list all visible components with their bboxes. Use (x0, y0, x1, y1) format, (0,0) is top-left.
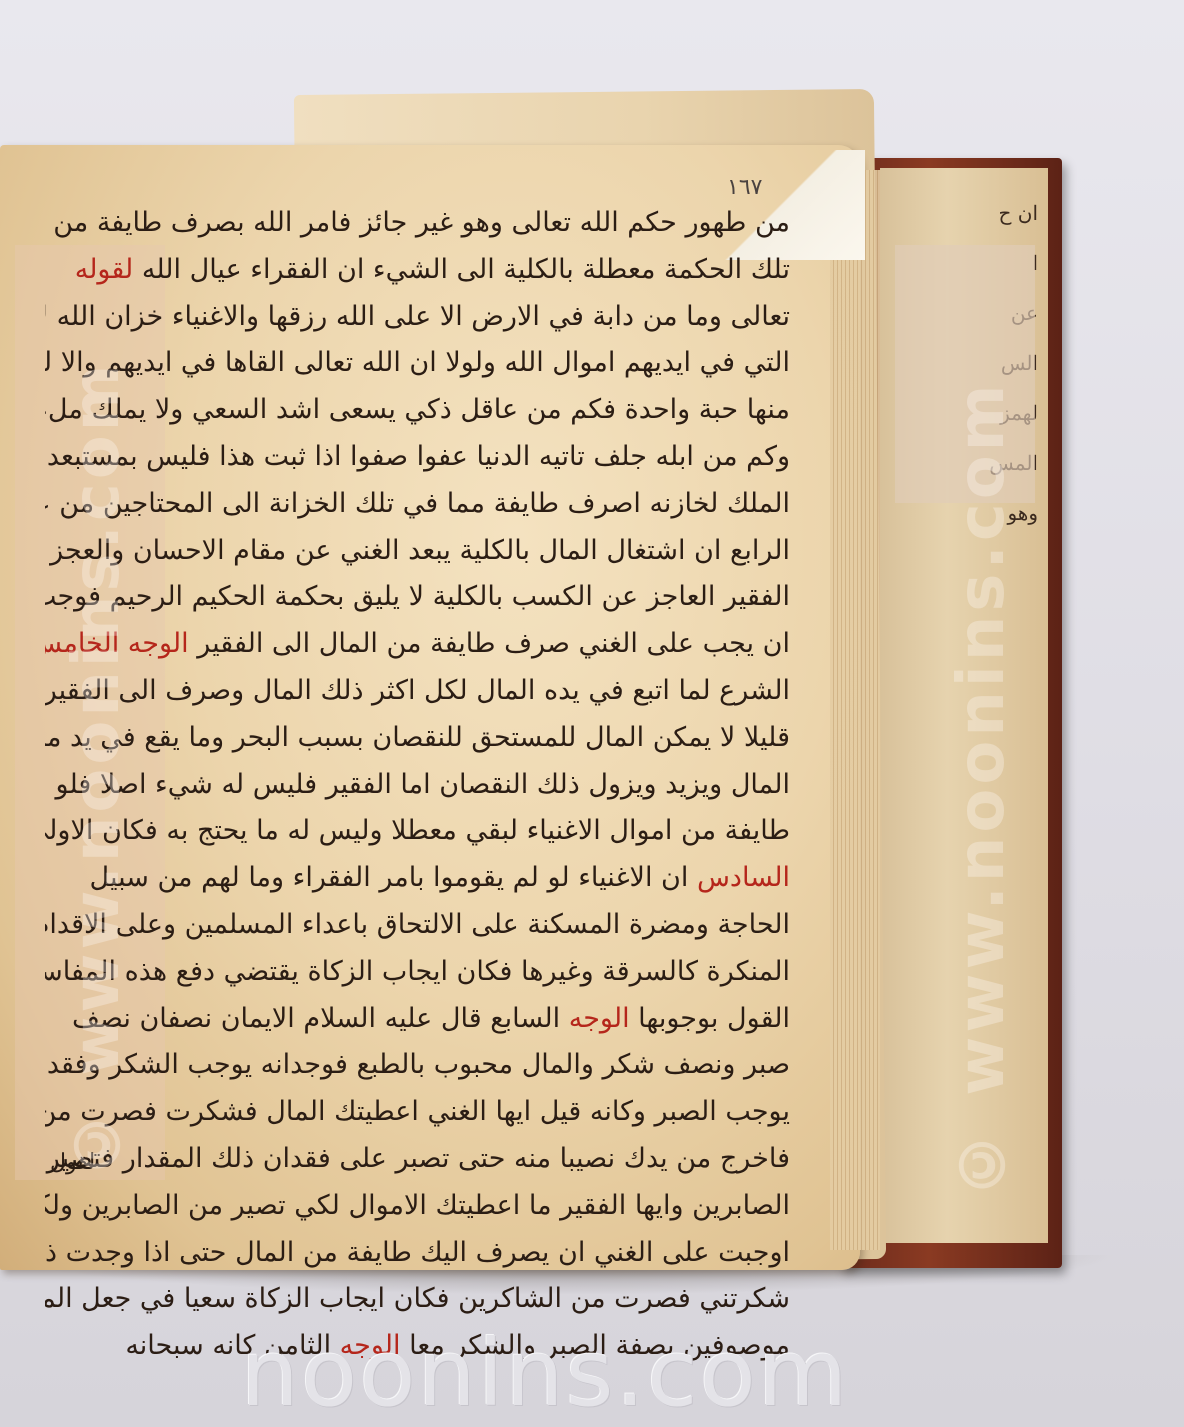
text-line: ان يجب على الغني صرف طايفة من المال الى … (45, 621, 790, 668)
text-line: فاخرج من يدك نصيبا منه حتى تصبر على فقدا… (45, 1136, 790, 1183)
text-line: الشرع لما اتبع في يده المال لكل اكثر ذلك… (45, 668, 790, 715)
text-line: قليلا لا يمكن المال للمستحق للنقصان بسبب… (45, 715, 790, 762)
text-line: منها حبة واحدة فكم من عاقل ذكي يسعى اشد … (45, 387, 790, 434)
watermark-right: © www.noonins.com (945, 250, 1019, 1200)
text-line: الملك لخازنه اصرف طايفة مما في تلك الخزا… (45, 481, 790, 528)
text-line: من طهور حكم الله تعالى وهو غير جائز فامر… (45, 200, 790, 247)
text-line: الصابرين وايها الفقير ما اعطيتك الاموال … (45, 1183, 790, 1230)
text-line: الرابع ان اشتغال المال بالكلية يبعد الغن… (45, 528, 790, 575)
watermark-left: © www.noonins.com (60, 240, 134, 1180)
text-line: وكم من ابله جلف تاتيه الدنيا عفوا صفوا ا… (45, 434, 790, 481)
text-line: صبر ونصف شكر والمال محبوب بالطبع فوجدانه… (45, 1042, 790, 1089)
text-line: تعالى وما من دابة في الارض الا على الله … (45, 294, 790, 341)
page-number: ١٦٧ (727, 175, 762, 200)
text-line: التي في ايديهم اموال الله ولولا ان الله … (45, 340, 790, 387)
text-line: طايفة من اموال الاغنياء لبقي معطلا وليس … (45, 808, 790, 855)
watermark-bottom: noonins.com (240, 1320, 850, 1427)
text-line: شكرتني فصرت من الشاكرين فكان ايجاب الزكا… (45, 1276, 790, 1323)
text-line: تلك الحكمة معطلة بالكلية الى الشيء ان ال… (45, 247, 790, 294)
text-line: المال ويزيد ويزول ذلك النقصان اما الفقير… (45, 762, 790, 809)
text-line: الفقير العاجز عن الكسب بالكلية لا يليق ب… (45, 574, 790, 621)
text-line: الحاجة ومضرة المسكنة على الالتحاق باعداء… (45, 902, 790, 949)
text-line: القول بوجوبها الوجه السابع قال عليه السل… (45, 996, 790, 1043)
text-line: اوجبت على الغني ان يصرف اليك طايفة من ال… (45, 1230, 790, 1277)
text-line: السادس ان الاغنياء لو لم يقوموا بامر الف… (45, 855, 790, 902)
text-line: المنكرة كالسرقة وغيرها فكان ايجاب الزكاة… (45, 949, 790, 996)
manuscript-text: من طهور حكم الله تعالى وهو غير جائز فامر… (45, 200, 790, 1370)
text-line: يوجب الصبر وكانه قيل ايها الغني اعطيتك ا… (45, 1089, 790, 1136)
page-edges (830, 170, 880, 1250)
